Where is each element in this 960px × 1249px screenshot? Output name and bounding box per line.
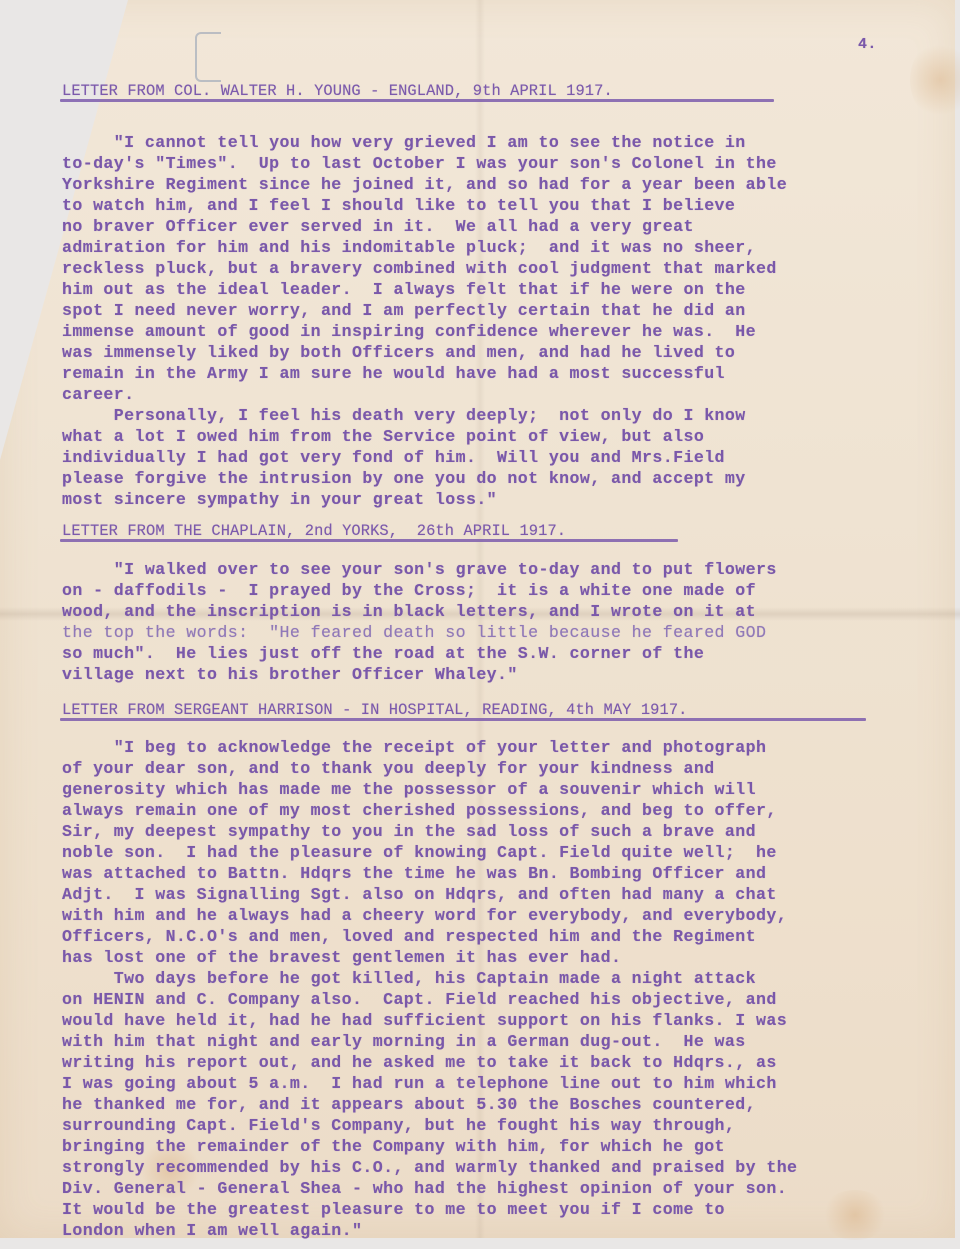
text-line: bringing the remainder of the Company wi… xyxy=(62,1137,725,1156)
text-line: generosity which has made me the possess… xyxy=(62,780,756,799)
text-line: no braver Officer ever served in it. We … xyxy=(62,217,694,236)
section-heading-harrison: LETTER FROM SERGEANT HARRISON - IN HOSPI… xyxy=(62,701,688,719)
text-line: he thanked me for, and it appears about … xyxy=(62,1095,756,1114)
text-line: with him and he always had a cheery word… xyxy=(62,906,787,925)
text-line: immense amount of good in inspiring conf… xyxy=(62,322,756,341)
text-line: admiration for him and his indomitable p… xyxy=(62,238,756,257)
text-line: would have held it, had he had sufficien… xyxy=(62,1011,787,1030)
text-line: spot I need never worry, and I am perfec… xyxy=(62,301,746,320)
text-line: to-day's "Times". Up to last October I w… xyxy=(62,154,777,173)
text-line: to watch him, and I feel I should like t… xyxy=(62,196,735,215)
text-line: individually I had got very fond of him.… xyxy=(62,448,725,467)
text-line: village next to his brother Officer Whal… xyxy=(62,665,518,684)
text-line: please forgive the intrusion by one you … xyxy=(62,469,746,488)
page-number: 4. xyxy=(858,36,877,53)
text-line: remain in the Army I am sure he would ha… xyxy=(62,364,725,383)
text-line: It would be the greatest pleasure to me … xyxy=(62,1200,725,1219)
text-line: London when I am well again." xyxy=(62,1221,362,1240)
text-line: Personally, I feel his death very deeply… xyxy=(62,406,746,425)
text-line: Two days before he got killed, his Capta… xyxy=(62,969,756,988)
text-line: so much". He lies just off the road at t… xyxy=(62,644,704,663)
text-line: what a lot I owed him from the Service p… xyxy=(62,427,704,446)
text-line: the top the words: "He feared death so l… xyxy=(62,623,766,642)
text-line: strongly recommended by his C.O., and wa… xyxy=(62,1158,797,1177)
text-line: of your dear son, and to thank you deepl… xyxy=(62,759,715,778)
heading-underline xyxy=(60,99,774,102)
text-line: Sir, my deepest sympathy to you in the s… xyxy=(62,822,756,841)
text-line: him out as the ideal leader. I always fe… xyxy=(62,280,746,299)
text-line: wood, and the inscription is in black le… xyxy=(62,602,756,621)
pencil-margin-note xyxy=(195,32,221,82)
text-line: surrounding Capt. Field's Company, but h… xyxy=(62,1116,735,1135)
text-line: was immensely liked by both Officers and… xyxy=(62,343,735,362)
text-line: "I walked over to see your son's grave t… xyxy=(62,560,777,579)
text-line: with him that night and early morning in… xyxy=(62,1032,746,1051)
section-heading-young: LETTER FROM COL. WALTER H. YOUNG - ENGLA… xyxy=(62,82,613,100)
text-line: Adjt. I was Signalling Sgt. also on Hdqr… xyxy=(62,885,777,904)
text-line: Div. General - General Shea - who had th… xyxy=(62,1179,787,1198)
text-line: writing his report out, and he asked me … xyxy=(62,1053,777,1072)
text-line: Officers, N.C.O's and men, loved and res… xyxy=(62,927,756,946)
text-line: was attached to Battn. Hdqrs the time he… xyxy=(62,864,766,883)
text-line: noble son. I had the pleasure of knowing… xyxy=(62,843,777,862)
text-line: "I cannot tell you how very grieved I am… xyxy=(62,133,746,152)
paper-stain xyxy=(820,1190,890,1240)
section-heading-chaplain: LETTER FROM THE CHAPLAIN, 2nd YORKS, 26t… xyxy=(62,522,566,540)
text-line: on - daffodils - I prayed by the Cross; … xyxy=(62,581,756,600)
heading-underline xyxy=(60,718,866,721)
heading-underline xyxy=(60,539,678,542)
text-line: always remain one of my most cherished p… xyxy=(62,801,777,820)
text-line: has lost one of the bravest gentlemen it… xyxy=(62,948,621,967)
text-line: "I beg to acknowledge the receipt of you… xyxy=(62,738,766,757)
text-line: reckless pluck, but a bravery combined w… xyxy=(62,259,777,278)
text-line: Yorkshire Regiment since he joined it, a… xyxy=(62,175,787,194)
text-line: career. xyxy=(62,385,135,404)
text-line: I was going about 5 a.m. I had run a tel… xyxy=(62,1074,777,1093)
text-line: most sincere sympathy in your great loss… xyxy=(62,490,497,509)
text-line: on HENIN and C. Company also. Capt. Fiel… xyxy=(62,990,777,1009)
